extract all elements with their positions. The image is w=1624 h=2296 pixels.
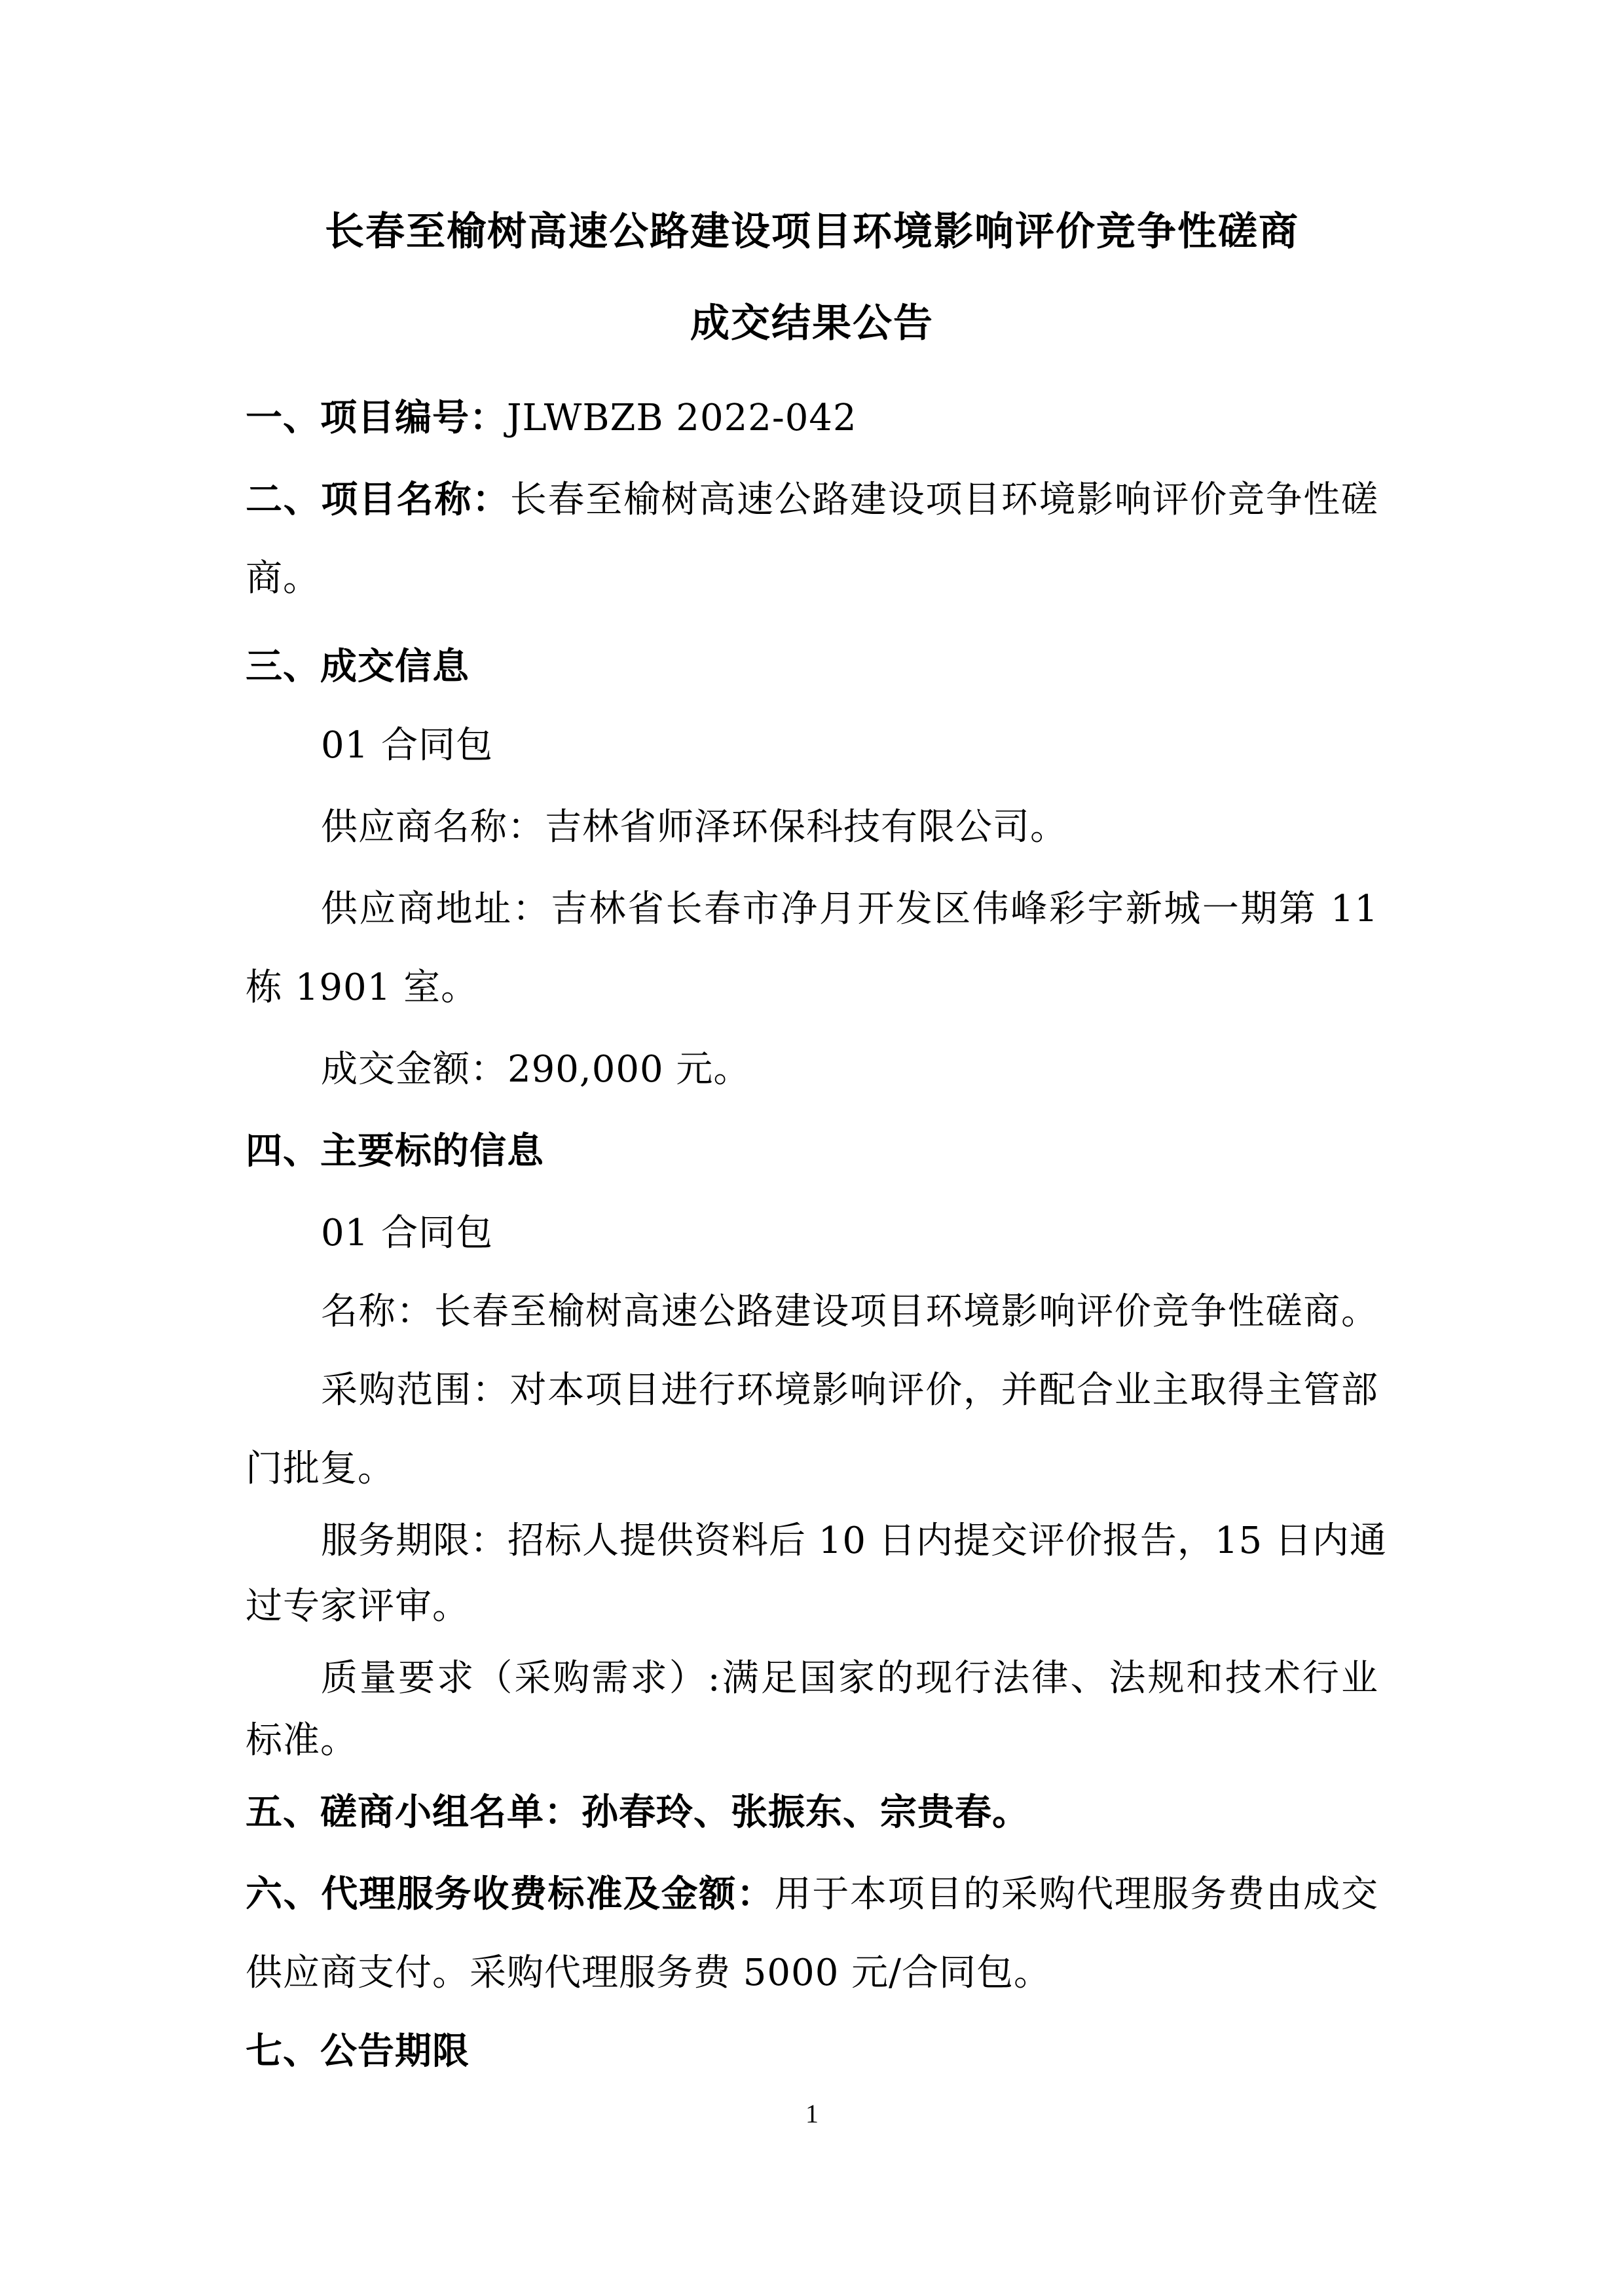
main-subject-name: 名称：长春至榆树高速公路建设项目环境影响评价竞争性磋商。 <box>321 1288 1378 1336</box>
deal-info-package: 01 合同包 <box>321 722 1460 769</box>
section-project-number-label: 一、项目编号： <box>246 397 507 439</box>
section-announcement-period-heading: 七、公告期限 <box>246 2028 1385 2075</box>
document-page: 长春至榆树高速公路建设项目环境影响评价竞争性磋商 成交结果公告 一、项目编号：J… <box>0 0 1624 2296</box>
agency-fee-label: 六、代理服务收费标准及金额： <box>246 1873 775 1916</box>
deal-amount: 成交金额：290,000 元。 <box>321 1046 1460 1093</box>
procurement-scope-line1: 采购范围：对本项目进行环境影响评价，并配合业主取得主管部 <box>321 1367 1378 1414</box>
section-project-name: 二、项目名称：长春至榆树高速公路建设项目环境影响评价竞争性磋 <box>246 477 1378 524</box>
quality-requirement-line1: 质量要求（采购需求）:满足国家的现行法律、法规和技术行业 <box>321 1655 1378 1702</box>
section-deal-info-heading: 三、成交信息 <box>246 644 1385 691</box>
document-title-line1: 长春至榆树高速公路建设项目环境影响评价竞争性磋商 <box>0 208 1624 255</box>
section-agency-fee: 六、代理服务收费标准及金额：用于本项目的采购代理服务费由成交 <box>246 1871 1378 1918</box>
service-period-line2: 过专家评审。 <box>246 1583 1385 1630</box>
panel-members-value: 孙春玲、张振东、宗贵春。 <box>581 1791 1029 1834</box>
supplier-address-line2: 栋 1901 室。 <box>246 964 1385 1011</box>
document-title-line2: 成交结果公告 <box>0 300 1624 347</box>
section-panel-members: 五、磋商小组名单：孙春玲、张振东、宗贵春。 <box>246 1789 1385 1836</box>
section-main-subject-heading: 四、主要标的信息 <box>246 1128 1385 1175</box>
project-name-value-line2: 商。 <box>246 555 1385 602</box>
project-number-value: JLWBZB 2022-042 <box>507 397 857 439</box>
main-subject-package: 01 合同包 <box>321 1210 1460 1257</box>
supplier-address-line1: 供应商地址：吉林省长春市净月开发区伟峰彩宇新城一期第 11 <box>321 886 1378 933</box>
agency-fee-value-line1: 用于本项目的采购代理服务费由成交 <box>775 1873 1378 1916</box>
supplier-name: 供应商名称：吉林省师泽环保科技有限公司。 <box>321 804 1460 851</box>
section-project-name-label: 二、项目名称： <box>246 479 510 521</box>
quality-requirement-line2: 标准。 <box>246 1717 1385 1764</box>
agency-fee-value-line2: 供应商支付。采购代理服务费 5000 元/合同包。 <box>246 1950 1385 1997</box>
project-name-value-line1: 长春至榆树高速公路建设项目环境影响评价竞争性磋 <box>510 479 1378 521</box>
procurement-scope-line2: 门批复。 <box>246 1446 1385 1493</box>
page-number: 1 <box>0 2098 1624 2129</box>
section-project-number: 一、项目编号：JLWBZB 2022-042 <box>246 395 1385 442</box>
panel-members-label: 五、磋商小组名单： <box>246 1791 581 1834</box>
service-period-line1: 服务期限：招标人提供资料后 10 日内提交评价报告，15 日内通 <box>321 1518 1378 1565</box>
